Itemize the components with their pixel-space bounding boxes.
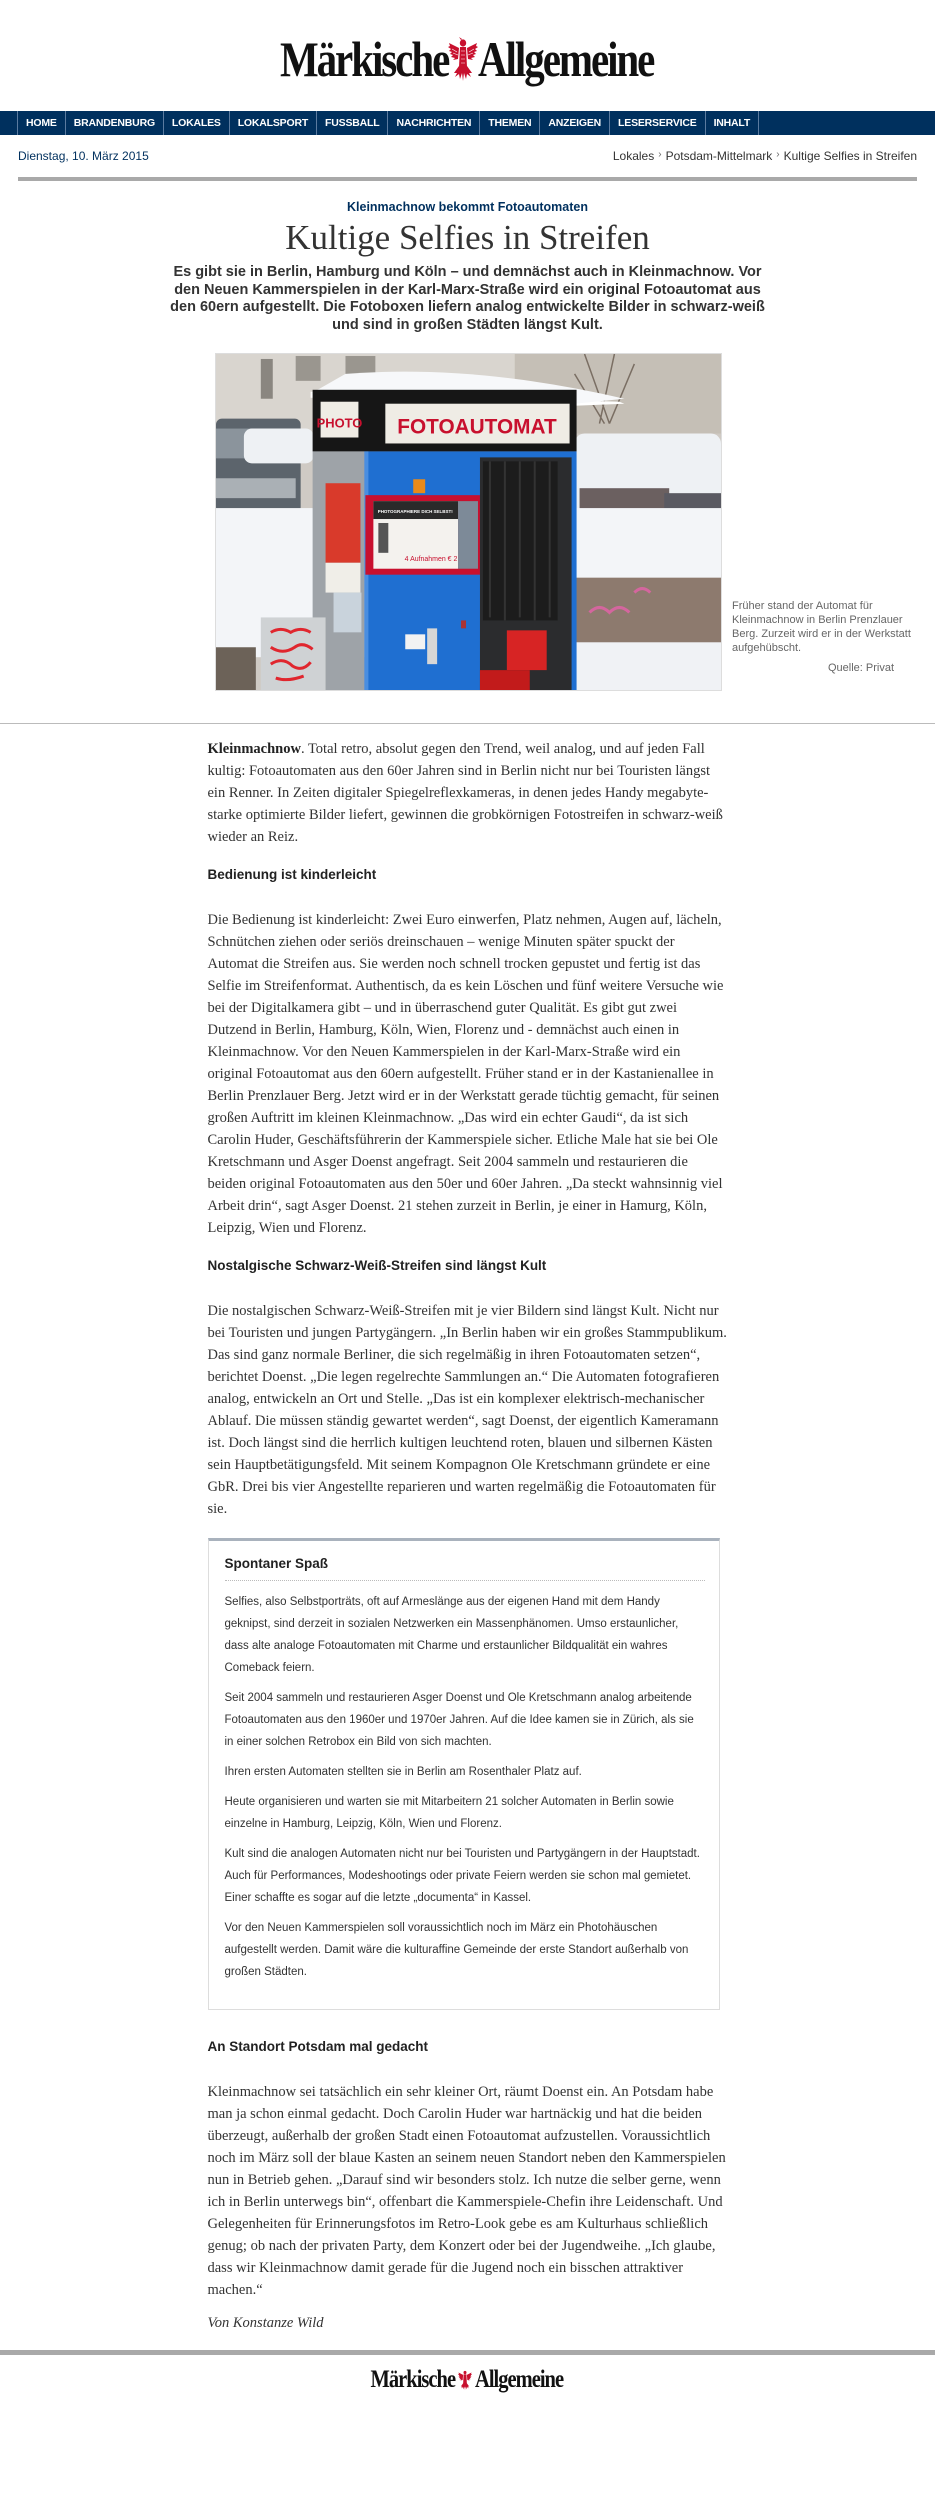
nav-item-inhalt[interactable]: INHALT — [705, 111, 760, 135]
nav-item-anzeigen[interactable]: ANZEIGEN — [539, 111, 609, 135]
section-heading-nostalgische: Nostalgische Schwarz-Weiß-Streifen sind … — [208, 1257, 728, 1275]
info-box: Spontaner Spaß Selfies, also Selbstportr… — [208, 1538, 720, 2010]
breadcrumb: Lokales › Potsdam-Mittelmark › Kultige S… — [613, 149, 917, 163]
info-box-paragraph: Vor den Neuen Kammerspielen soll vorauss… — [225, 1917, 705, 1983]
article-headline: Kultige Selfies in Streifen — [0, 218, 935, 258]
info-box-paragraph: Selfies, also Selbstporträts, oft auf Ar… — [225, 1591, 705, 1679]
section-text-nostalgische: Die nostalgischen Schwarz-Weiß-Streifen … — [208, 1300, 728, 1520]
nav-list: HOME BRANDENBURG LOKALES LOKALSPORT FUSS… — [17, 111, 759, 135]
divider — [18, 177, 917, 181]
section-heading-bedienung: Bedienung ist kinderleicht — [208, 866, 728, 884]
nav-item-lokalsport[interactable]: LOKALSPORT — [229, 111, 316, 135]
svg-text:PHOTO: PHOTO — [317, 416, 363, 431]
info-box-title: Spontaner Spaß — [225, 1551, 705, 1581]
breadcrumb-potsdam-mittelmark[interactable]: Potsdam-Mittelmark — [666, 149, 773, 163]
brandenburg-eagle-icon — [448, 37, 478, 81]
brandenburg-eagle-icon — [458, 2369, 472, 2391]
nav-item-brandenburg[interactable]: BRANDENBURG — [65, 111, 163, 135]
section-heading-potsdam: An Standort Potsdam mal gedacht — [208, 2038, 728, 2056]
nav-item-leserservice[interactable]: LESERSERVICE — [609, 111, 705, 135]
info-box-paragraph: Ihren ersten Automaten stellten sie in B… — [225, 1761, 705, 1783]
breadcrumb-separator-icon: › — [658, 149, 661, 163]
site-logo[interactable]: Märkische Allgemeine — [0, 34, 935, 84]
nav-item-themen[interactable]: THEMEN — [479, 111, 539, 135]
nav-item-home[interactable]: HOME — [17, 111, 65, 135]
photo-booth-image: PHOTO FOTOAUTOMAT PHOTOGRAPHIERE DICH SE… — [216, 354, 721, 690]
nav-item-lokales[interactable]: LOKALES — [163, 111, 229, 135]
nav-item-nachrichten[interactable]: NACHRICHTEN — [387, 111, 479, 135]
breadcrumb-current-article[interactable]: Kultige Selfies in Streifen — [784, 149, 917, 163]
dateline-location: Kleinmachnow — [208, 741, 301, 757]
section-text-potsdam: Kleinmachnow sei tatsächlich ein sehr kl… — [208, 2081, 728, 2301]
date-breadcrumb-bar: Dienstag, 10. März 2015 Lokales › Potsda… — [0, 135, 935, 177]
main-navigation: HOME BRANDENBURG LOKALES LOKALSPORT FUSS… — [0, 111, 935, 135]
masthead: Märkische Allgemeine — [0, 0, 935, 111]
image-caption: Früher stand der Automat für Kleinmachno… — [732, 599, 922, 675]
article-teaser: Es gibt sie in Berlin, Hamburg und Köln … — [168, 264, 768, 334]
info-box-paragraph: Heute organisieren und warten sie mit Mi… — [225, 1791, 705, 1835]
breadcrumb-lokales[interactable]: Lokales — [613, 149, 654, 163]
logo-text-left: Märkische — [371, 2367, 456, 2392]
logo-text-right: Allgemeine — [475, 2367, 563, 2392]
article-body: Kleinmachnow. Total retro, absolut gegen… — [208, 724, 728, 2332]
logo-text-right: Allgemeine — [478, 34, 653, 84]
info-box-paragraph: Kult sind die analogen Automaten nicht n… — [225, 1843, 705, 1909]
footer: Märkische Allgemeine — [0, 2355, 935, 2410]
info-box-paragraph: Seit 2004 sammeln und restaurieren Asger… — [225, 1687, 705, 1753]
breadcrumb-separator-icon: › — [776, 149, 779, 163]
svg-text:PHOTOGRAPHIERE DICH SELBST!: PHOTOGRAPHIERE DICH SELBST! — [378, 509, 453, 514]
article-intro: Kleinmachnow. Total retro, absolut gegen… — [208, 738, 728, 848]
article-figure: PHOTO FOTOAUTOMAT PHOTOGRAPHIERE DICH SE… — [0, 353, 935, 723]
author-byline: Von Konstanze Wild — [208, 2315, 728, 2332]
publication-date: Dienstag, 10. März 2015 — [18, 149, 149, 163]
nav-item-fussball[interactable]: FUSSBALL — [316, 111, 387, 135]
image-credit: Quelle: Privat — [732, 661, 922, 675]
caption-text: Früher stand der Automat für Kleinmachno… — [732, 599, 922, 655]
article-photo[interactable]: PHOTO FOTOAUTOMAT PHOTOGRAPHIERE DICH SE… — [215, 353, 722, 691]
section-text-bedienung: Die Bedienung ist kinderleicht: Zwei Eur… — [208, 909, 728, 1239]
footer-logo[interactable]: Märkische Allgemeine — [0, 2367, 935, 2392]
logo-text-left: Märkische — [280, 34, 448, 84]
svg-text:FOTOAUTOMAT: FOTOAUTOMAT — [397, 416, 557, 439]
svg-text:4 Aufnahmen € 2,-: 4 Aufnahmen € 2,- — [405, 556, 462, 563]
article-kicker: Kleinmachnow bekommt Fotoautomaten — [0, 200, 935, 214]
